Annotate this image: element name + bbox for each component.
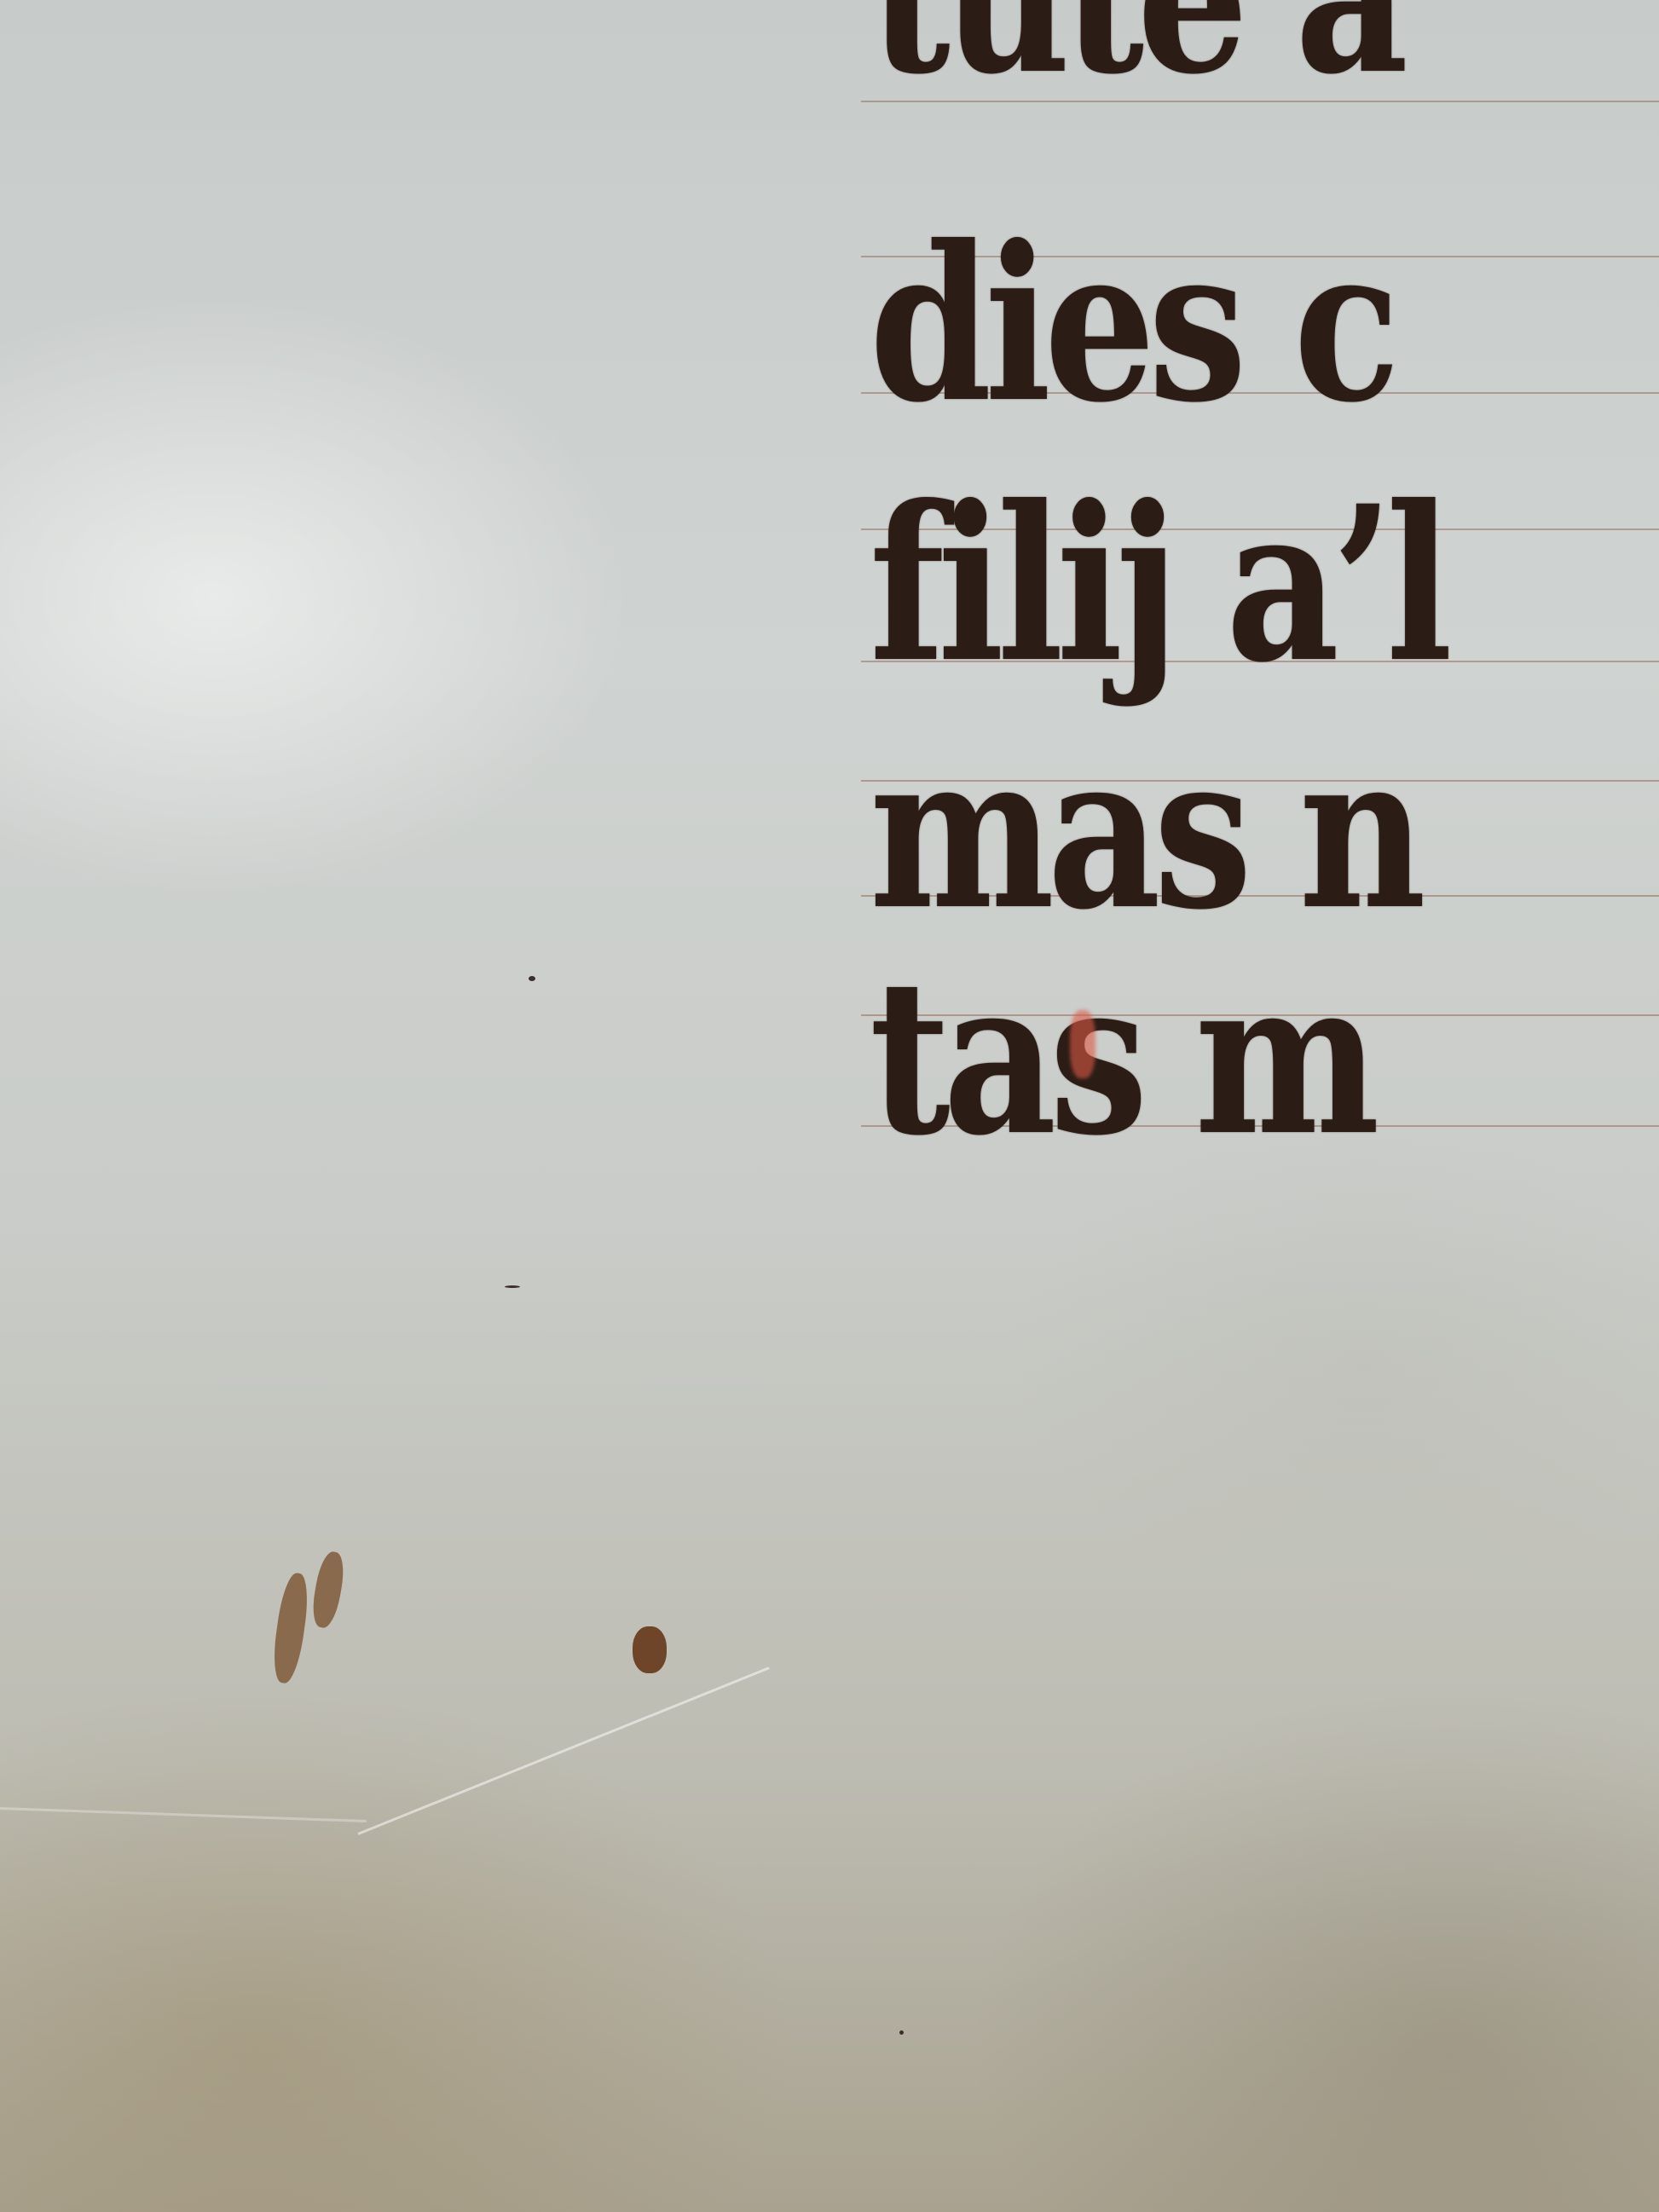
marginal-mark-apostrophe [309,1550,347,1630]
parchment-crease [357,1666,769,1835]
marginal-mark-f [269,1571,312,1684]
text-line-4: mas n [870,725,1419,938]
red-pigment-stain [1070,1010,1095,1078]
speck [529,976,535,981]
marginal-mark-dot [633,1626,667,1673]
text-line-5: tas m [870,950,1373,1164]
speck [899,2030,904,2035]
parchment-crease [0,1807,367,1822]
text-line-2: dies c [870,217,1393,430]
speck [505,1285,520,1288]
text-line-3: filij a’l [870,477,1446,690]
text-line-1: tute a [870,0,1402,102]
parchment-leaf: tute a dies c filij a’l mas n tas m [0,0,1659,2212]
